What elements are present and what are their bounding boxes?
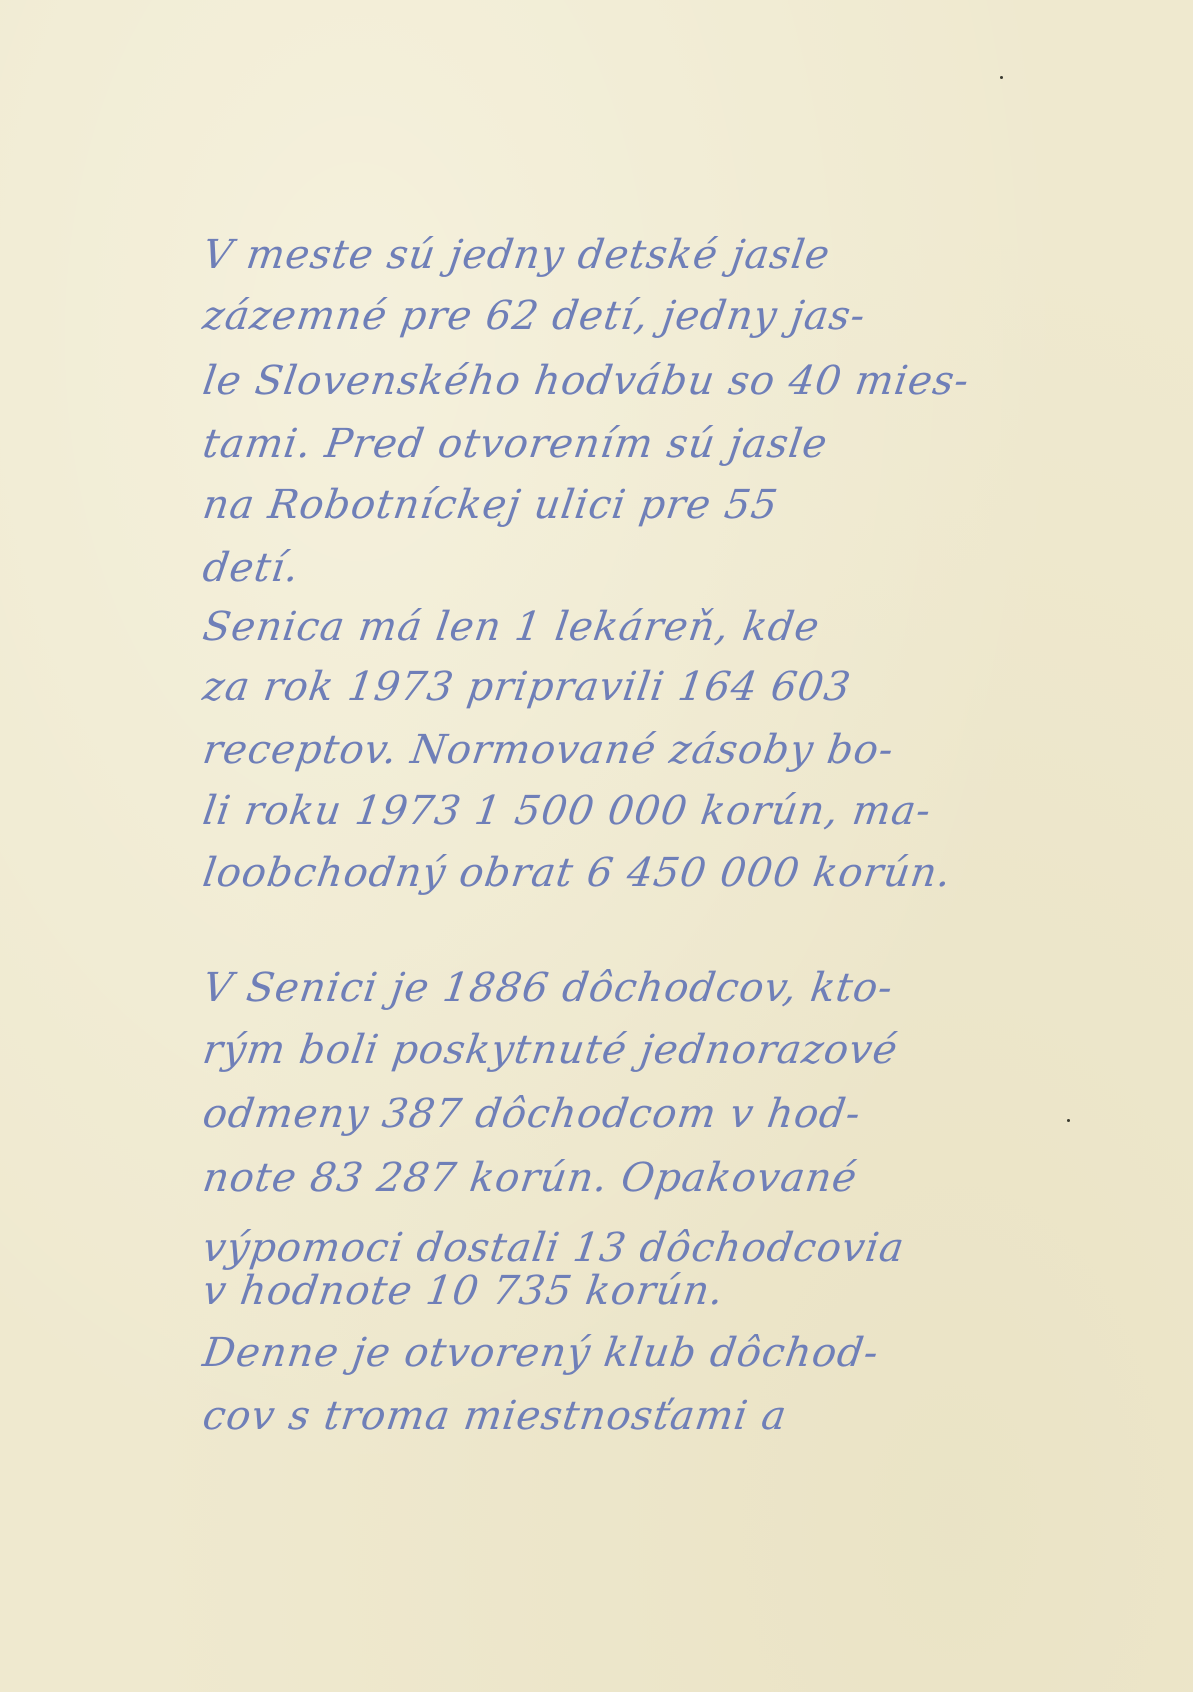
text-line: cov s troma miestnosťami a [200, 1393, 790, 1439]
text-line: li roku 1973 1 500 000 korún, ma- [200, 788, 934, 834]
text-line: V Senici je 1886 dôchodcov, kto- [200, 965, 896, 1011]
text-line: V meste sú jedny detské jasle [200, 232, 833, 278]
text-line: odmeny 387 dôchodcom v hod- [200, 1091, 864, 1137]
text-line: Denne je otvorený klub dôchod- [200, 1330, 882, 1376]
text-line: Senica má len 1 lekáreň, kde [200, 604, 823, 650]
text-line: výpomoci dostali 13 dôchodcovia [200, 1225, 908, 1271]
text-line: zázemné pre 62 detí, jedny jas- [200, 293, 869, 339]
text-line: le Slovenského hodvábu so 40 mies- [200, 358, 972, 404]
text-line: rým boli poskytnuté jednorazové [200, 1027, 901, 1073]
text-line: loobchodný obrat 6 450 000 korún. [200, 850, 954, 896]
text-line: na Robotníckej ulici pre 55 [200, 482, 781, 528]
text-line: receptov. Normované zásoby bo- [200, 727, 897, 773]
paper-speck [1000, 76, 1003, 79]
paper-speck [1067, 1119, 1070, 1122]
text-line: v hodnote 10 735 korún. [200, 1268, 727, 1314]
text-line: detí. [200, 545, 302, 591]
text-line: tami. Pred otvorením sú jasle [200, 421, 831, 467]
handwritten-page: V meste sú jedny detské jasle zázemné pr… [0, 0, 1193, 1692]
text-line: za rok 1973 pripravili 164 603 [200, 664, 854, 710]
text-line: note 83 287 korún. Opakované [200, 1155, 860, 1201]
